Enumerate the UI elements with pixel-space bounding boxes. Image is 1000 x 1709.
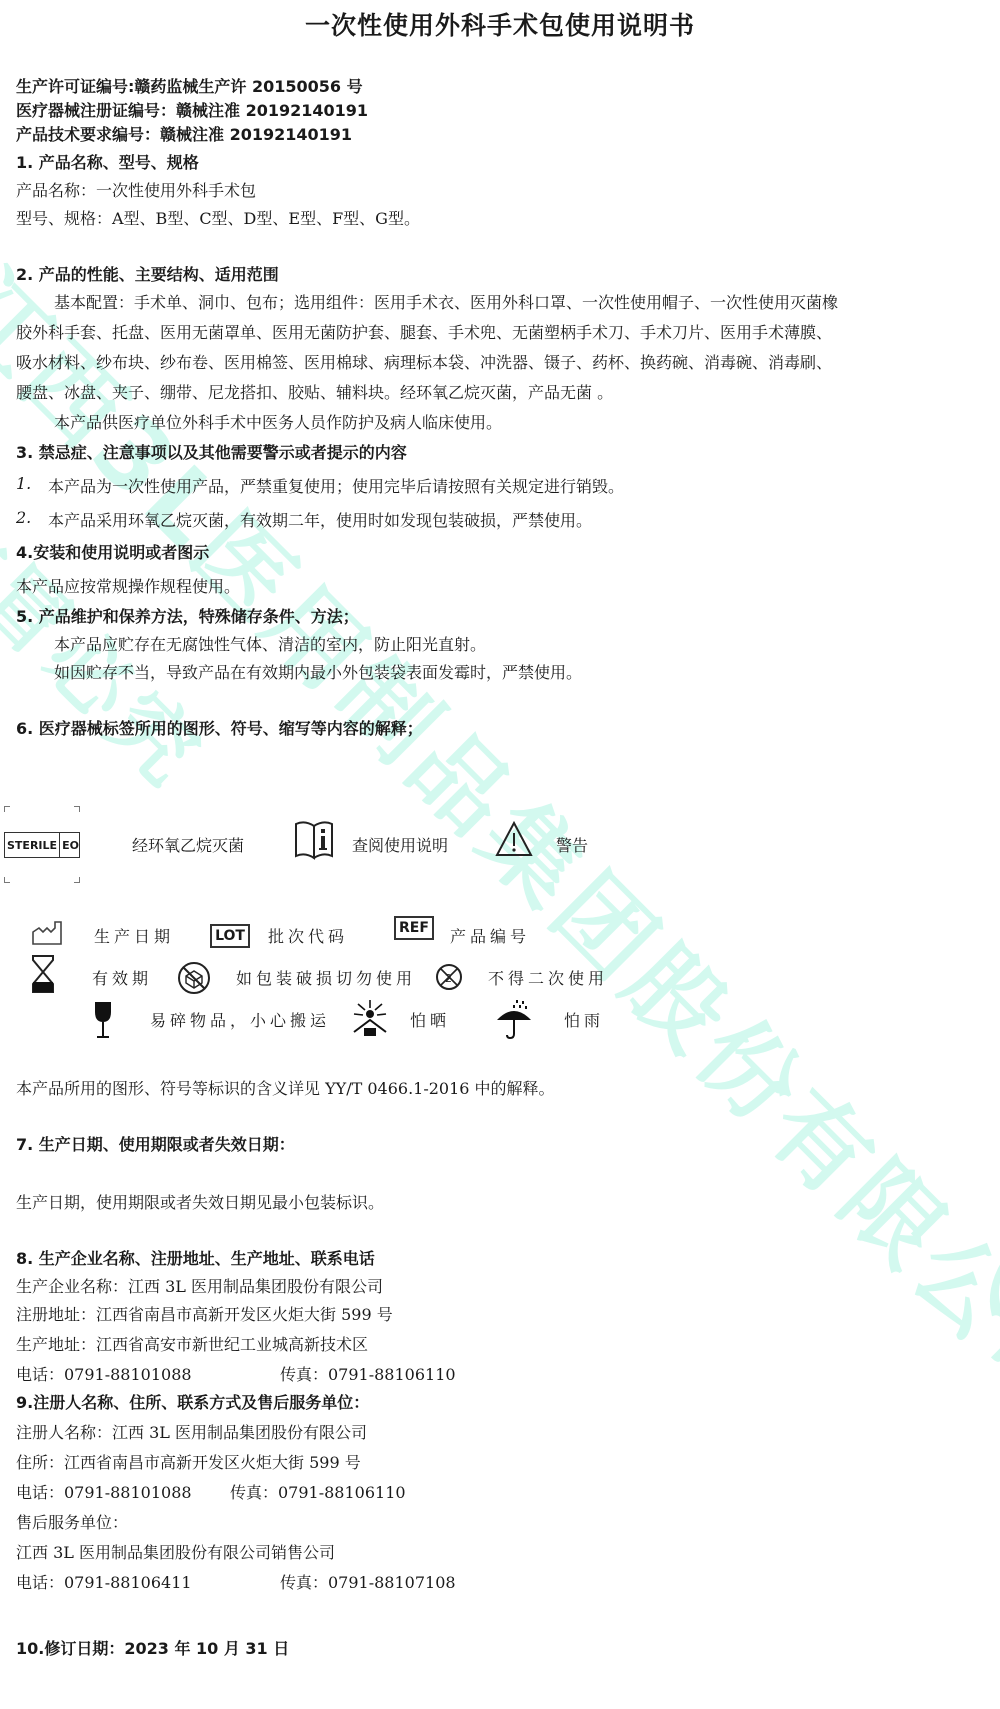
- revision-date: 10.修订日期：2023 年 10 月 31 日: [16, 1636, 289, 1659]
- section-4-text: 本产品应按常规操作规程使用。: [16, 574, 240, 597]
- symbol-label: 怕雨: [564, 1008, 604, 1031]
- symbol-label: 有效期: [92, 966, 152, 989]
- symbol-label: 易碎物品，小心搬运: [150, 1008, 330, 1031]
- symbol-label: 生产日期: [94, 924, 174, 947]
- document-title: 一次性使用外科手术包使用说明书: [0, 6, 1000, 42]
- section-9-heading: 9.注册人名称、住所、联系方式及售后服务单位：: [16, 1390, 369, 1413]
- model-spec: 型号、规格：A型、B型、C型、D型、E型、F型、G型。: [16, 206, 420, 229]
- symbol-label: 查阅使用说明: [352, 833, 448, 856]
- lot-icon: LOT: [210, 924, 250, 948]
- registrant-phone: 电话：0791-88101088: [16, 1480, 192, 1503]
- manufacturer-phone: 电话：0791-88101088: [16, 1362, 192, 1385]
- no-reuse-icon: 2: [434, 962, 464, 996]
- section-6-heading: 6. 医疗器械标签所用的图形、符号、缩写等内容的解释；: [16, 716, 423, 739]
- registered-address: 注册地址：江西省南昌市高新开发区火炬大街 599 号: [16, 1302, 393, 1325]
- production-address: 生产地址：江西省高安市新世纪工业城高新技术区: [16, 1332, 368, 1355]
- ref-icon: REF: [394, 916, 434, 940]
- fragile-icon: [92, 1000, 114, 1044]
- license-number: 生产许可证编号:赣药监械生产许 20150056 号: [16, 74, 363, 97]
- registrant-name: 注册人名称：江西 3L 医用制品集团股份有限公司: [16, 1420, 367, 1443]
- registrant-fax: 传真：0791-88106110: [230, 1480, 406, 1503]
- section-1-heading: 1. 产品名称、型号、规格: [16, 150, 199, 173]
- section-2-line: 腰盘、冰盘、夹子、绷带、尼龙搭扣、胶贴、辅料块。经环氧乙烷灭菌，产品无菌 。: [16, 380, 613, 403]
- service-unit-name: 江西 3L 医用制品集团股份有限公司销售公司: [16, 1540, 335, 1563]
- caution-item: 本产品为一次性使用产品，严禁重复使用；使用完毕后请按照有关规定进行销毁。: [48, 474, 624, 497]
- symbol-label: 如包装破损切勿使用: [236, 966, 416, 989]
- damaged-package-icon: [176, 960, 212, 1000]
- section-2-heading: 2. 产品的性能、主要结构、适用范围: [16, 262, 279, 285]
- section-4-heading: 4.安装和使用说明或者图示: [16, 540, 209, 563]
- symbol-standard-note: 本产品所用的图形、符号等标识的含义详见 YY/T 0466.1-2016 中的解…: [16, 1076, 555, 1099]
- section-2-line: 基本配置：手术单、洞巾、包布；选用组件：医用手术衣、医用外科口罩、一次性使用帽子…: [54, 290, 838, 313]
- warning-icon: [494, 820, 534, 862]
- service-phone: 电话：0791-88106411: [16, 1570, 192, 1593]
- hourglass-icon: [30, 954, 56, 998]
- registration-number: 医疗器械注册证编号：赣械注准 20192140191: [16, 98, 368, 121]
- section-8-heading: 8. 生产企业名称、注册地址、生产地址、联系电话: [16, 1246, 375, 1269]
- keep-from-sunlight-icon: [350, 998, 390, 1042]
- item-number: 2.: [16, 508, 31, 527]
- storage-line: 本产品应贮存在无腐蚀性气体、清洁的室内，防止阳光直射。: [54, 632, 486, 655]
- manufacture-date-icon: [30, 918, 64, 952]
- registrant-residence: 住所：江西省南昌市高新开发区火炬大街 599 号: [16, 1450, 361, 1473]
- section-3-heading: 3. 禁忌症、注意事项以及其他需要警示或者提示的内容: [16, 440, 407, 463]
- symbol-label: 产品编号: [450, 924, 530, 947]
- symbol-label: 批次代码: [268, 924, 348, 947]
- keep-dry-icon: [494, 998, 534, 1044]
- manufacturer-fax: 传真：0791-88106110: [280, 1362, 456, 1385]
- symbol-label: 怕晒: [410, 1008, 450, 1031]
- symbol-label: 不得二次使用: [488, 966, 608, 989]
- storage-line: 如因贮存不当，导致产品在有效期内最小外包装袋表面发霉时，严禁使用。: [54, 660, 582, 683]
- symbol-label: 警告: [556, 833, 588, 856]
- manufacturer-name: 生产企业名称：江西 3L 医用制品集团股份有限公司: [16, 1274, 383, 1297]
- item-number: 1.: [16, 474, 31, 493]
- section-2-line: 吸水材料、纱布块、纱布卷、医用棉签、医用棉球、病理标本袋、冲洗器、镊子、药杯、换…: [16, 350, 832, 373]
- symbol-label: 经环氧乙烷灭菌: [132, 833, 244, 856]
- sterile-eo-icon: STERILEEO: [4, 832, 80, 858]
- caution-item: 本产品采用环氧乙烷灭菌，有效期二年，使用时如发现包装破损，严禁使用。: [48, 508, 592, 531]
- consult-instructions-icon: [292, 820, 338, 866]
- svg-text:2: 2: [445, 972, 452, 985]
- section-7-heading: 7. 生产日期、使用期限或者失效日期：: [16, 1132, 295, 1155]
- service-fax: 传真：0791-88107108: [280, 1570, 456, 1593]
- product-name: 产品名称：一次性使用外科手术包: [16, 178, 256, 201]
- section-2-line: 胶外科手套、托盘、医用无菌罩单、医用无菌防护套、腿套、手术兜、无菌塑柄手术刀、手…: [16, 320, 832, 343]
- service-unit-label: 售后服务单位：: [16, 1510, 128, 1533]
- section-5-heading: 5. 产品维护和保养方法，特殊储存条件、方法；: [16, 604, 359, 627]
- section-7-text: 生产日期，使用期限或者失效日期见最小包装标识。: [16, 1190, 384, 1213]
- tech-requirement-number: 产品技术要求编号：赣械注准 20192140191: [16, 122, 352, 145]
- section-2-usage: 本产品供医疗单位外科手术中医务人员作防护及病人临床使用。: [54, 410, 502, 433]
